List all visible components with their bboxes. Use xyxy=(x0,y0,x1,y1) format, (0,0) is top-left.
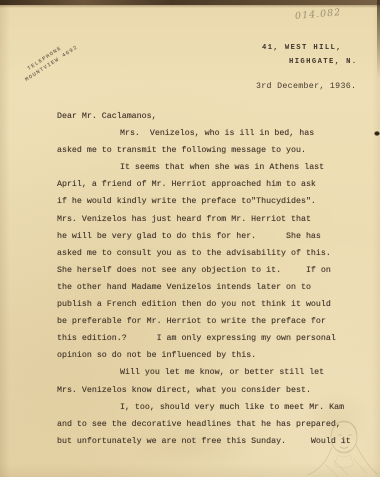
ink-speck xyxy=(374,131,380,136)
letter-scan-page: 014.082 TELEPHONE MOUNTVIEW 4692 41, WES… xyxy=(0,0,380,477)
telephone-stamp: TELEPHONE MOUNTVIEW 4692 xyxy=(26,37,80,80)
letterhead-address-line2: HIGHGATE, N. xyxy=(289,58,358,66)
letter-line: opinion so do not be influenced by this. xyxy=(57,347,357,364)
letter-line: Mrs. Venizelos has just heard from Mr. H… xyxy=(57,211,357,228)
salutation: Dear Mr. Caclamanos, xyxy=(57,108,357,125)
letter-line: if he would kindly write the preface to"… xyxy=(57,193,357,210)
pencil-portrait-sketch xyxy=(304,417,378,477)
letter-line: publish a French edition then do you not… xyxy=(57,296,357,313)
letter-line: April, a friend of Mr. Herriot approache… xyxy=(57,176,357,193)
letter-line: asked me to consult you as to the advisa… xyxy=(57,245,357,262)
letter-line: the other hand Madame Venizelos intends … xyxy=(57,279,357,296)
letter-date: 3rd December, 1936. xyxy=(256,82,356,91)
letter-line: It seems that when she was in Athens las… xyxy=(57,159,357,176)
letter-line: I, too, should very much like to meet Mr… xyxy=(57,399,357,416)
letter-line: Will you let me know, or better still le… xyxy=(57,364,357,381)
letterhead-address-line1: 41, WEST HILL, xyxy=(262,44,342,52)
pencil-catalog-number: 014.082 xyxy=(295,7,342,22)
letter-line: Mrs. Venizelos, who is ill in bed, has xyxy=(57,125,357,142)
letter-line: She herself does not see any objection t… xyxy=(57,262,357,279)
letter-line: he will be very glad to do this for her.… xyxy=(57,228,357,245)
letter-line: this edition.? I am only expressing my o… xyxy=(57,330,357,347)
letter-line: Mrs. Venizelos know direct, what you con… xyxy=(57,382,357,399)
letter-body: Dear Mr. Caclamanos, Mrs. Venizelos, who… xyxy=(57,108,357,450)
letter-line: be preferable for Mr. Herriot to write t… xyxy=(57,313,357,330)
letter-line: asked me to transmit the following messa… xyxy=(57,142,357,159)
